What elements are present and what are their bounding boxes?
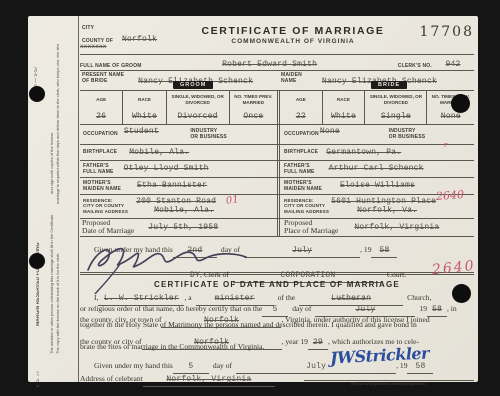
groom-father-label-2: FULL NAME (83, 169, 114, 175)
bride-residence-label-3: MAILING ADDRESS (284, 209, 329, 214)
groom-birthplace-label: BIRTHPLACE (83, 149, 117, 155)
bride-mother-label-2: MAIDEN NAME (284, 186, 322, 192)
hole-punch-right-bottom (452, 284, 471, 303)
groom-status-header: SINGLE, WIDOWED, OR DIVORCED (167, 90, 229, 109)
form-print-code-bottom: V. S. 77 (36, 348, 41, 388)
certificate-paper: 45M — 5-57 and sign both copies of the l… (28, 16, 478, 382)
groom-race-header: RACE (123, 90, 165, 109)
groom-residence-cell: RESIDENCE:CITY OR COUNTYMAILING ADDRESS … (80, 194, 277, 218)
bride-occupation-label: OCCUPATION (284, 131, 319, 137)
groom-father-cell: FATHER'SFULL NAME Otley Lloyd Smith (80, 160, 277, 177)
margin-small-print-1: and sign both copies of the license. (50, 44, 54, 194)
proposed-date-cell: ProposedDate of Marriage July 5th, 1958 (80, 218, 277, 236)
groom-occupation-value: Student (124, 127, 159, 136)
bride-father-label-2: FULL NAME (284, 169, 315, 175)
birthplace-row: BIRTHPLACE Mobile, Ala. BIRTHPLACE Germa… (80, 144, 474, 161)
groom-birthplace-value: Mobile, Ala. (129, 148, 189, 157)
present-name-label-2: OF BRIDE (82, 78, 124, 84)
form-print-code-top: 45M — 5-57 (34, 24, 39, 94)
celebrant-sign-caption: (Person who performs ceremony sign here.… (304, 381, 474, 386)
bride-status-value: Single (381, 112, 411, 121)
clerk-month-value: July (292, 246, 312, 255)
celebrant-address-row: Address of celebrant Norfolk, Virginia (… (80, 368, 474, 388)
cert2-line4: together in the Holy State of Matrimony … (80, 320, 474, 331)
county-strikeout-marks: xxxxxxx (80, 43, 107, 50)
proposed-place-label-2: Place of Marriage (284, 227, 338, 235)
groom-occupation-cell: OCCUPATION Student INDUSTRYOR BUSINESS (80, 124, 277, 144)
cert2-n19: 19 (419, 304, 427, 313)
groom-mother-cell: MOTHER'SMAIDEN NAME Etha Bannister (80, 177, 277, 194)
celebrant-address-value: Norfolk, Virginia (166, 375, 251, 384)
celebrant-address-label: Address of celebrant (80, 374, 143, 383)
bride-name-row: PRESENT NAMEOF BRIDE Nancy Elizabeth Sch… (80, 69, 474, 91)
groom-age-header: AGE (80, 90, 122, 109)
celebrant-signature-line: (Person who performs ceremony sign here.… (304, 370, 474, 381)
proposed-place-cell: ProposedPlace of Marriage Norfolk, Virgi… (277, 218, 474, 236)
certificate-title: CERTIFICATE OF MARRIAGE (192, 25, 394, 37)
margin-small-print-4: The copy with the license on the back of… (56, 214, 60, 354)
bride-residence-line1: 5601 Huntington Place (331, 197, 436, 206)
cert2-line1: I, L. W. Strickler , a minister of the L… (94, 287, 474, 298)
clerk-dayof-text: day of (221, 245, 240, 254)
groom-race-value: White (132, 112, 157, 121)
groom-times-header: NO. TIMES PREV. MARRIED (230, 90, 277, 109)
bride-birthplace-value: Germantown, Pa. (326, 148, 401, 157)
groom-mother-value: Etha Bannister (137, 181, 207, 190)
celebrant-role-value: minister (215, 294, 255, 303)
bride-race-header: RACE (323, 90, 365, 109)
proposed-row: ProposedDate of Marriage July 5th, 1958 … (80, 218, 474, 237)
denomination-caption: (Denomination) (299, 296, 403, 301)
locality-value: Norfolk (122, 35, 157, 44)
red-annotation-bride: 2640 (436, 188, 465, 203)
clerk-19-text: , 19 (360, 245, 371, 254)
clerk-no-value: 942 (432, 60, 474, 69)
proposed-place-value: Norfolk, Virginia (354, 223, 439, 232)
bride-age-header: AGE (280, 90, 322, 109)
serial-number: 17708 (394, 22, 474, 54)
vitals-table-row: AGE26 RACEWhite SINGLE, WIDOWED, OR DIVO… (80, 90, 474, 125)
locality-block: CITY COUNTY OF xxxxxxx Norfolk (80, 22, 192, 54)
bride-residence-label-2: CITY OR COUNTY (284, 203, 329, 208)
margin-divider-line (78, 16, 79, 382)
bride-industry-label-2: OR BUSINESS (389, 134, 426, 140)
bride-race-value: White (331, 112, 356, 121)
groom-vitals-table: AGE26 RACEWhite SINGLE, WIDOWED, OR DIVO… (80, 90, 277, 124)
maiden-name-label-2: NAME (281, 78, 302, 84)
hole-punch-left-bottom (29, 253, 45, 269)
present-name-label: PRESENT NAME (82, 72, 124, 78)
bride-vitals-table: AGE22 RACEWhite SINGLE, WIDOWED, OR DIVO… (277, 90, 474, 124)
groom-industry-label-2: OR BUSINESS (190, 134, 227, 140)
mother-row: MOTHER'SMAIDEN NAME Etha Bannister MOTHE… (80, 177, 474, 195)
cert2-l6: brate the rites of marriage in the Commo… (80, 342, 264, 351)
cert2-title-row: CERTIFICATE OF DATE AND PLACE OF MARRIAG… (80, 274, 474, 286)
bride-section-chip: BRIDE (371, 81, 407, 89)
cert2-line5: the county or city of Norfolk , year 19 … (80, 331, 474, 342)
groom-birthplace-cell: BIRTHPLACE Mobile, Ala. (80, 144, 277, 160)
groom-section-chip: GROOM (173, 81, 213, 89)
cert2-a: , a (184, 293, 191, 302)
red-small-mark: r (444, 141, 447, 149)
bride-father-cell: FATHER'SFULL NAME Arthur Carl Schenck (277, 160, 474, 177)
groom-age-value: 26 (96, 112, 106, 121)
bride-father-value: Arthur Carl Schenck (329, 164, 424, 173)
groom-residence-label-2: CITY OR COUNTY (83, 203, 128, 208)
cert2-year-value: 58 (432, 305, 442, 314)
bride-status-header: SINGLE, WIDOWED, OR DIVORCED (365, 90, 426, 109)
proposed-date-label-2: Date of Marriage (82, 227, 134, 235)
clerk-year-value: 58 (379, 246, 389, 255)
father-row: FATHER'SFULL NAME Otley Lloyd Smith FATH… (80, 160, 474, 178)
cert2-l2b: , in (447, 304, 457, 313)
groom-residence-label-3: MAILING ADDRESS (83, 209, 128, 214)
groom-occupation-label: OCCUPATION (83, 131, 118, 137)
bride-times-value: None (441, 112, 461, 121)
city-label: CITY (82, 25, 94, 31)
groom-mother-label-2: MAIDEN NAME (83, 186, 121, 192)
bride-residence-line2: Norfolk, Va. (357, 206, 436, 215)
groom-times-value: Once (243, 112, 263, 121)
margin-small-print-3: The minister or other person celebrating… (50, 214, 54, 354)
certificate-subtitle: COMMONWEALTH OF VIRGINIA (192, 38, 394, 45)
bride-occupation-value: None (320, 127, 340, 136)
groom-residence-line1: 200 Stanton Road (136, 197, 216, 206)
occupation-row: OCCUPATION Student INDUSTRYOR BUSINESS O… (80, 124, 474, 145)
groom-status-value: Divorced (178, 112, 218, 121)
cert2-month-value: July (355, 305, 375, 314)
cert2-l5b: , year 19 (282, 337, 308, 346)
groom-father-value: Otley Lloyd Smith (124, 164, 209, 173)
title-block: CERTIFICATE OF MARRIAGE COMMONWEALTH OF … (192, 22, 394, 54)
celebrant-name-value: L. W. Strickler (104, 294, 179, 303)
clerk-day-value: 2nd (187, 246, 202, 255)
margin-small-print-2: marriage is required within five days an… (56, 44, 60, 204)
proposed-date-value: July 5th, 1958 (148, 223, 218, 232)
header-row: CITY COUNTY OF xxxxxxx Norfolk CERTIFICA… (80, 22, 474, 55)
groom-residence-line2: Mobile, Ala. (154, 206, 216, 215)
residence-row: RESIDENCE:CITY OR COUNTYMAILING ADDRESS … (80, 194, 474, 219)
bond-year-value: 29 (313, 338, 323, 347)
bride-age-value: 22 (296, 112, 306, 121)
groom-name-value: Robert Edward Smith (142, 60, 398, 69)
red-annotation-groom: 01 (225, 194, 239, 207)
clerk-given-line: Given under my hand this 2nd day of July… (94, 239, 474, 258)
hole-punch-left-top (29, 86, 45, 102)
cert2-l4: together in the Holy State of Matrimony … (80, 320, 417, 329)
clerk-given-text: Given under my hand this (94, 245, 173, 254)
bride-mother-value: Eloise Williams (340, 181, 415, 190)
hole-punch-right-top (451, 94, 470, 113)
clerk-attest-row: Given under my hand this 2nd day of July… (80, 236, 474, 275)
bride-birthplace-label: BIRTHPLACE (284, 149, 318, 155)
maiden-name-label: MAIDEN (281, 72, 302, 78)
